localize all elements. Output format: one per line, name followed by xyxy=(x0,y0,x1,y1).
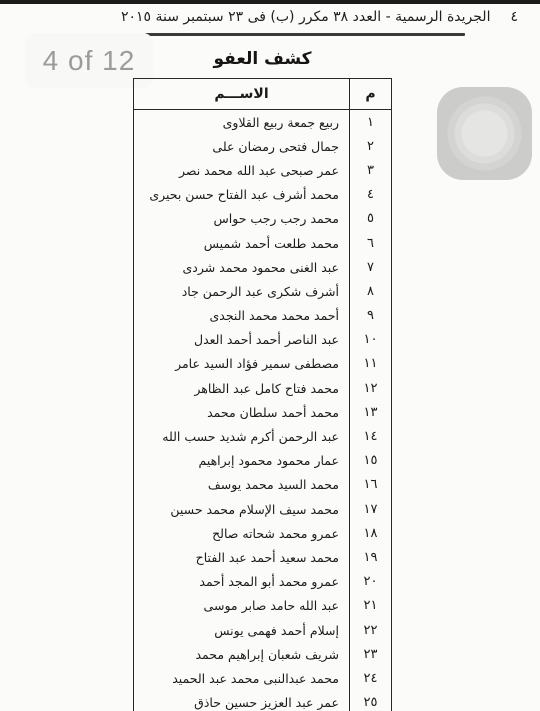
row-name: عمار محمود محمود إبراهيم xyxy=(134,449,350,473)
row-name: محمد رجب رجب حواس xyxy=(134,207,350,231)
pardon-list-table: م الاســـم ١ ربيع جمعة ربيع القلاوى ٢ جم… xyxy=(133,78,392,711)
table-row: ١١ مصطفى سمير فؤاد السيد عامر xyxy=(134,352,392,376)
row-number: ٢٣ xyxy=(350,642,392,666)
table-row: ١٧ محمد سيف الإسلام محمد حسين xyxy=(134,497,392,521)
row-name: عبد الغنى محمود محمد شردى xyxy=(134,255,350,279)
gazette-issue-line: الجريدة الرسمية - العدد ٣٨ مكرر (ب) فى ٢… xyxy=(121,9,490,25)
row-number: ١٧ xyxy=(350,497,392,521)
table-row: ٢ جمال فتحى رمضان على xyxy=(134,134,392,158)
table-row: ٢٠ عمرو محمد أبو المجد أحمد xyxy=(134,570,392,594)
row-name: عبد الناصر أحمد أحمد العدل xyxy=(134,328,350,352)
row-name: عبد الله حامد صابر موسى xyxy=(134,594,350,618)
table-row: ١٣ محمد أحمد سلطان محمد xyxy=(134,400,392,424)
row-name: محمد فتاح كامل عبد الظاهر xyxy=(134,376,350,400)
table-row: ١٩ محمد سعيد أحمد عبد الفتاح xyxy=(134,545,392,569)
table-row: ١ ربيع جمعة ربيع القلاوى xyxy=(134,110,392,135)
row-name: محمد سيف الإسلام محمد حسين xyxy=(134,497,350,521)
row-name: عمر عبد العزيز حسين حاذق xyxy=(134,691,350,711)
photo-top-edge xyxy=(0,0,540,4)
row-number: ٨ xyxy=(350,279,392,303)
table-body: ١ ربيع جمعة ربيع القلاوى ٢ جمال فتحى رمض… xyxy=(134,110,392,711)
row-number: ١٦ xyxy=(350,473,392,497)
row-name: أشرف شكرى عبد الرحمن جاد xyxy=(134,279,350,303)
table-row: ٤ محمد أشرف عبد الفتاح حسن بحيرى xyxy=(134,183,392,207)
row-name: عمر صبحى عبد الله محمد نصر xyxy=(134,158,350,182)
table-row: ١٢ محمد فتاح كامل عبد الظاهر xyxy=(134,376,392,400)
column-header-number: م xyxy=(350,79,392,110)
table-row: ٢٣ شريف شعبان إبراهيم محمد xyxy=(134,642,392,666)
row-name: محمد عبدالنبى محمد عبد الحميد xyxy=(134,666,350,690)
table-row: ٨ أشرف شكرى عبد الرحمن جاد xyxy=(134,279,392,303)
row-number: ٩ xyxy=(350,304,392,328)
table-row: ٢٥ عمر عبد العزيز حسين حاذق xyxy=(134,691,392,711)
table-row: ٦ محمد طلعت أحمد شميس xyxy=(134,231,392,255)
document-title: كشف العفو xyxy=(133,49,392,69)
gazette-header: ٤ الجريدة الرسمية - العدد ٣٨ مكرر (ب) فى… xyxy=(60,9,518,25)
viewer-page-indicator-label: 4 of 12 xyxy=(43,45,136,77)
row-name: مصطفى سمير فؤاد السيد عامر xyxy=(134,352,350,376)
row-number: ٢١ xyxy=(350,594,392,618)
row-name: محمد السيد محمد يوسف xyxy=(134,473,350,497)
table-row: ٢٢ إسلام أحمد فهمى يونس xyxy=(134,618,392,642)
row-number: ٢٤ xyxy=(350,666,392,690)
row-name: جمال فتحى رمضان على xyxy=(134,134,350,158)
table-row: ٢٤ محمد عبدالنبى محمد عبد الحميد xyxy=(134,666,392,690)
row-number: ١٨ xyxy=(350,521,392,545)
row-number: ٥ xyxy=(350,207,392,231)
row-number: ٢٠ xyxy=(350,570,392,594)
row-number: ٦ xyxy=(350,231,392,255)
row-name: محمد سعيد أحمد عبد الفتاح xyxy=(134,545,350,569)
table-row: ٢١ عبد الله حامد صابر موسى xyxy=(134,594,392,618)
table-row: ١٠ عبد الناصر أحمد أحمد العدل xyxy=(134,328,392,352)
row-name: عبد الرحمن أكرم شديد حسب الله xyxy=(134,424,350,448)
table-row: ٥ محمد رجب رجب حواس xyxy=(134,207,392,231)
row-number: ١٤ xyxy=(350,424,392,448)
row-number: ٢٢ xyxy=(350,618,392,642)
header-rule xyxy=(145,33,465,36)
row-name: شريف شعبان إبراهيم محمد xyxy=(134,642,350,666)
row-name: محمد أشرف عبد الفتاح حسن بحيرى xyxy=(134,183,350,207)
row-number: ٧ xyxy=(350,255,392,279)
row-number: ١ xyxy=(350,110,392,135)
table-row: ٧ عبد الغنى محمود محمد شردى xyxy=(134,255,392,279)
row-number: ٢٥ xyxy=(350,691,392,711)
row-name: إسلام أحمد فهمى يونس xyxy=(134,618,350,642)
table-row: ٩ أحمد محمد محمد النجدى xyxy=(134,304,392,328)
row-name: ربيع جمعة ربيع القلاوى xyxy=(134,110,350,135)
table-row: ١٨ عمرو محمد شحاته صالح xyxy=(134,521,392,545)
row-number: ٢ xyxy=(350,134,392,158)
table-row: ٣ عمر صبحى عبد الله محمد نصر xyxy=(134,158,392,182)
row-number: ١٩ xyxy=(350,545,392,569)
row-number: ١١ xyxy=(350,352,392,376)
table-row: ١٤ عبد الرحمن أكرم شديد حسب الله xyxy=(134,424,392,448)
row-name: عمرو محمد شحاته صالح xyxy=(134,521,350,545)
table-row: ١٦ محمد السيد محمد يوسف xyxy=(134,473,392,497)
row-number: ١٥ xyxy=(350,449,392,473)
gazette-page-number: ٤ xyxy=(510,9,518,25)
row-name: محمد أحمد سلطان محمد xyxy=(134,400,350,424)
watermark-squircle-icon xyxy=(437,87,532,180)
row-number: ٣ xyxy=(350,158,392,182)
column-header-name: الاســـم xyxy=(134,79,350,110)
row-name: محمد طلعت أحمد شميس xyxy=(134,231,350,255)
row-name: عمرو محمد أبو المجد أحمد xyxy=(134,570,350,594)
row-name: أحمد محمد محمد النجدى xyxy=(134,304,350,328)
row-number: ٤ xyxy=(350,183,392,207)
table-header-row: م الاســـم xyxy=(134,79,392,110)
row-number: ١٢ xyxy=(350,376,392,400)
row-number: ١٣ xyxy=(350,400,392,424)
table-row: ١٥ عمار محمود محمود إبراهيم xyxy=(134,449,392,473)
row-number: ١٠ xyxy=(350,328,392,352)
